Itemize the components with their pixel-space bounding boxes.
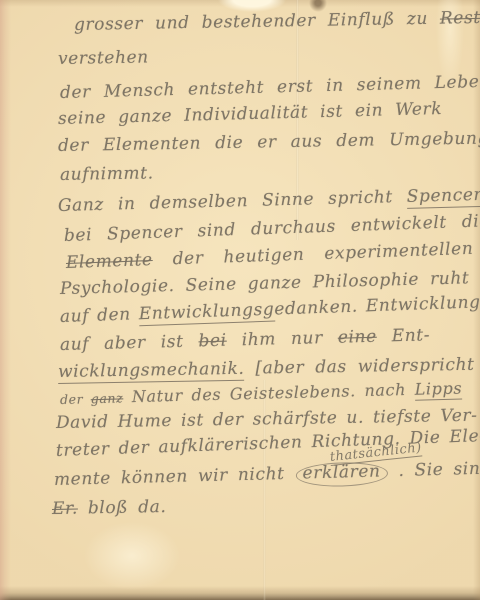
- handwriting-segment: Lipps: [414, 378, 462, 400]
- handwriting-segment: Natur des Geisteslebens. nach: [123, 380, 415, 407]
- handwriting-segment: bei: [198, 331, 227, 352]
- handwriting-line: Er. bloß da.: [52, 498, 167, 520]
- handwriting-line: der Elementen die er aus dem Umgebung: [58, 129, 480, 156]
- handwriting-segment: Spencer: [407, 185, 480, 209]
- handwriting-segment: mente können wir nicht: [54, 464, 295, 490]
- handwriting-line: seine ganze Individualität ist ein Werk: [58, 100, 443, 130]
- handwriting-segment: verstehen: [58, 47, 149, 69]
- handwriting-segment: Er.: [52, 499, 78, 519]
- handwriting-segment: [aber das widerspricht: [244, 355, 474, 379]
- handwriting-line: auf den Entwicklungsgedanken. Entwicklun…: [60, 293, 480, 327]
- handwriting-segment: edanken. Entwicklung: [274, 292, 480, 319]
- handwriting-line: der ganz Natur des Geisteslebens. nach L…: [60, 379, 463, 408]
- handwriting-segment: aufnimmt.: [60, 163, 154, 185]
- handwriting-line: wicklungsmechanik. [aber das widersprich…: [58, 356, 475, 383]
- handwriting-segment: seine ganze Individualität ist ein Werk: [58, 99, 443, 129]
- handwriting-segment: wicklungsmechanik.: [58, 359, 245, 384]
- scanned-page-view: grosser und bestehender Einfluß zu Reste…: [0, 0, 480, 600]
- handwriting-segment: . Sie sind: [388, 459, 480, 482]
- handwriting-line: Ganz in demselben Sinne spricht Spencer …: [58, 185, 480, 216]
- handwriting-segment: der Elementen die er aus dem Umgebung: [58, 128, 480, 156]
- handwriting-segment: auf aber ist: [60, 331, 199, 355]
- handwriting-line: verstehen: [58, 48, 149, 69]
- manuscript-lines: grosser und bestehender Einfluß zu Reste…: [0, 0, 480, 600]
- handwriting-segment: Ent-: [376, 325, 430, 346]
- handwriting-segment: ganz: [91, 390, 124, 406]
- handwriting-segment: der heutigen experimentellen: [152, 239, 473, 270]
- handwriting-segment: der Mensch entsteht erst in seinem Leben…: [60, 72, 480, 103]
- handwriting-line: auf aber ist bei ihm nur eine Ent-: [60, 326, 431, 355]
- handwriting-segment: Entwicklungsg: [138, 300, 274, 327]
- handwriting-segment: der: [60, 391, 91, 407]
- handwriting-segment: eine: [338, 327, 377, 348]
- handwriting-line: aufnimmt.: [60, 164, 154, 185]
- handwriting-segment: Reste: [440, 8, 480, 29]
- handwriting-line: grosser und bestehender Einfluß zu Reste: [74, 9, 480, 36]
- handwriting-segment: Ganz in demselben Sinne spricht: [58, 187, 407, 216]
- handwriting-line: mente können wir nicht erklären . Sie si…: [54, 459, 480, 494]
- handwriting-segment: erklären: [295, 461, 388, 487]
- handwriting-segment: grosser und bestehender Einfluß zu: [74, 9, 440, 35]
- handwriting-segment: auf den: [60, 304, 140, 327]
- handwriting-segment: bloß da.: [78, 497, 167, 519]
- handwriting-segment: Elemente: [66, 250, 153, 273]
- handwriting-line: Elemente der heutigen experimentellen: [66, 240, 474, 274]
- handwriting-segment: ihm nur: [226, 328, 338, 351]
